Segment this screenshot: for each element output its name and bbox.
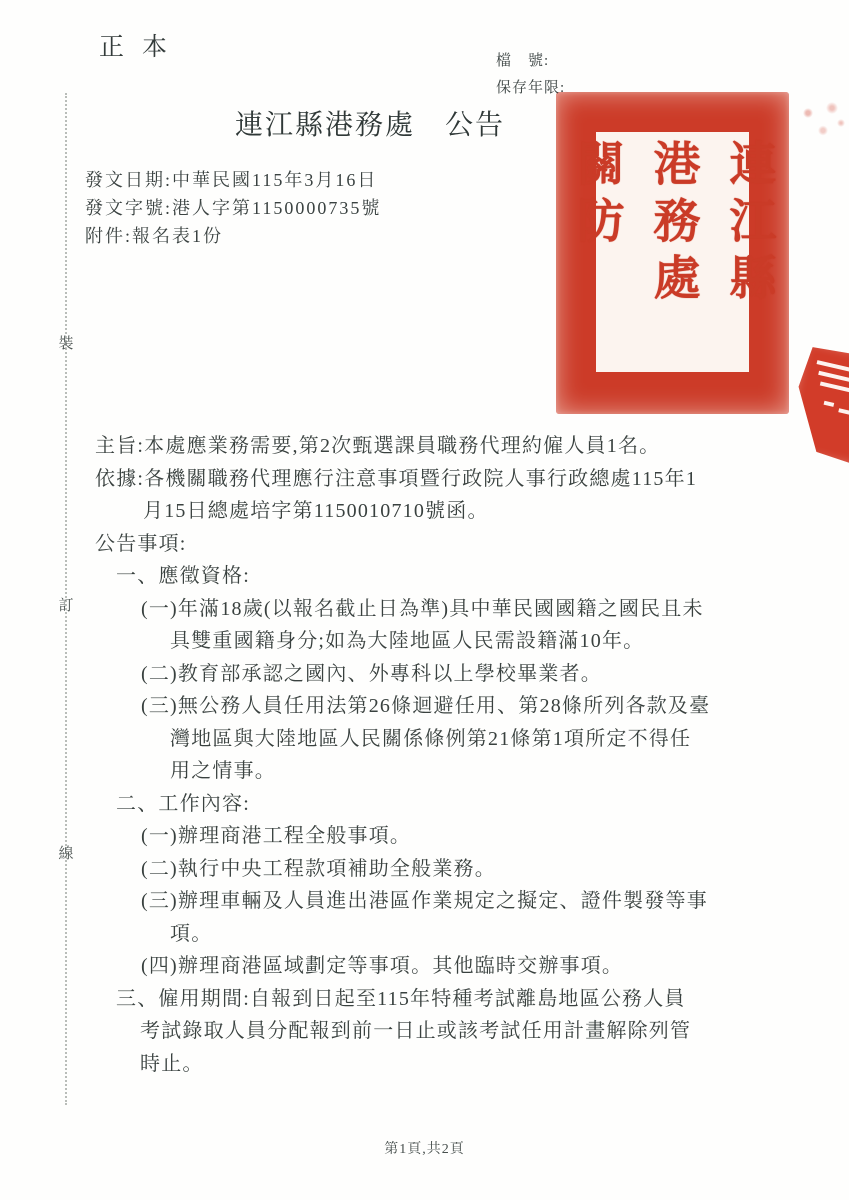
official-seal: 連江縣港務處關防: [556, 92, 789, 414]
document-meta: 發文日期:中華民國115年3月16日 發文字號:港人字第1150000735號 …: [85, 166, 381, 250]
copy-type-label: 正本: [99, 27, 185, 63]
body-line: 用之情事。: [170, 755, 775, 788]
body-line: 依據:各機關職務代理應行注意事項暨行政院人事行政總處115年1: [95, 463, 775, 496]
official-seal-text: 連江縣港務處關防: [559, 139, 787, 365]
body-line: 項。: [170, 918, 775, 951]
body-line: 二、工作內容:: [116, 788, 775, 821]
announcement-body: 主旨:本處應業務需要,第2次甄選課員職務代理約僱人員1名。 依據:各機關職務代理…: [95, 430, 775, 1080]
scanned-announcement-page: 正本 檔 號: 保存年限: 連江縣港務處 公告 發文日期:中華民國115年3月1…: [0, 0, 849, 1200]
body-line: 時止。: [140, 1048, 775, 1081]
body-line: (一)辦理商港工程全般事項。: [141, 820, 775, 853]
official-seal-inner: 連江縣港務處關防: [596, 132, 749, 372]
body-line: (二)執行中央工程款項補助全般業務。: [141, 853, 775, 886]
binding-mark-zhuang: 裝: [57, 332, 75, 353]
binding-mark-ding: 訂: [57, 594, 75, 615]
corner-seal-body: [783, 341, 849, 466]
corner-seal-fragment: [783, 341, 849, 466]
page-footer: 第1頁,共2頁: [0, 1138, 849, 1158]
body-line: 具雙重國籍身分;如為大陸地區人民需設籍滿10年。: [170, 625, 775, 658]
body-line: 公告事項:: [95, 528, 775, 561]
issue-date-line: 發文日期:中華民國115年3月16日: [85, 166, 381, 194]
body-line: (三)辦理車輛及人員進出港區作業規定之擬定、證件製發等事: [141, 885, 775, 918]
doc-number-line: 發文字號:港人字第1150000735號: [85, 194, 381, 222]
body-line: 一、應徵資格:: [116, 560, 775, 593]
body-line: 主旨:本處應業務需要,第2次甄選課員職務代理約僱人員1名。: [95, 430, 775, 463]
body-line: 月15日總處培字第1150010710號函。: [143, 495, 775, 528]
file-fields: 檔 號: 保存年限:: [496, 48, 565, 102]
body-line: 灣地區與大陸地區人民關係條例第21條第1項所定不得任: [170, 723, 775, 756]
binding-mark-xian: 線: [57, 842, 75, 863]
seal-ink-speckle: [790, 98, 849, 148]
attachment-line: 附件:報名表1份: [85, 222, 381, 250]
body-line: 三、僱用期間:自報到日起至115年特種考試離島地區公務人員: [116, 983, 775, 1016]
file-number-label: 檔 號:: [496, 48, 565, 75]
body-line: 考試錄取人員分配報到前一日止或該考試任用計畫解除列管: [140, 1015, 775, 1048]
body-line: (一)年滿18歲(以報名截止日為準)具中華民國國籍之國民且未: [141, 593, 775, 626]
body-line: (三)無公務人員任用法第26條迴避任用、第28條所列各款及臺: [141, 690, 775, 723]
body-line: (四)辦理商港區域劃定等事項。其他臨時交辦事項。: [141, 950, 775, 983]
body-line: (二)教育部承認之國內、外專科以上學校畢業者。: [141, 658, 775, 691]
retention-period-label: 保存年限:: [496, 75, 565, 102]
